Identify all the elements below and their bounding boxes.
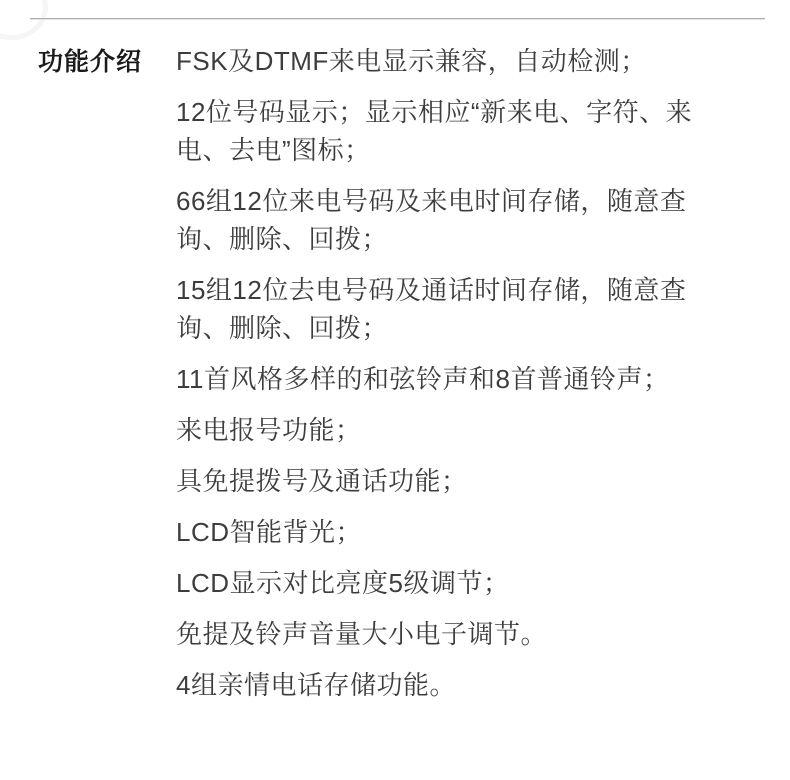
- feature-item: 12位号码显示；显示相应“新来电、字符、来电、去电”图标；: [176, 93, 693, 169]
- feature-item: LCD显示对比亮度5级调节；: [176, 564, 693, 602]
- feature-item: 免提及铃声音量大小电子调节。: [176, 615, 693, 653]
- feature-item: 来电报号功能；: [176, 411, 693, 449]
- top-divider: [30, 18, 765, 20]
- feature-item: FSK及DTMF来电显示兼容，自动检测；: [176, 42, 693, 80]
- feature-section: 功能介绍 FSK及DTMF来电显示兼容，自动检测； 12位号码显示；显示相应“新…: [0, 0, 790, 717]
- feature-item: 15组12位去电号码及通话时间存储，随意查询、删除、回拨；: [176, 271, 693, 347]
- feature-item: 4组亲情电话存储功能。: [176, 666, 693, 704]
- feature-item: 11首风格多样的和弦铃声和8首普通铃声；: [176, 360, 693, 398]
- feature-list: FSK及DTMF来电显示兼容，自动检测； 12位号码显示；显示相应“新来电、字符…: [176, 42, 693, 717]
- feature-item: 具免提拨号及通话功能；: [176, 462, 693, 500]
- feature-item: 66组12位来电号码及来电时间存储，随意查询、删除、回拨；: [176, 182, 693, 258]
- section-title: 功能介绍: [38, 42, 176, 81]
- feature-item: LCD智能背光；: [176, 513, 693, 551]
